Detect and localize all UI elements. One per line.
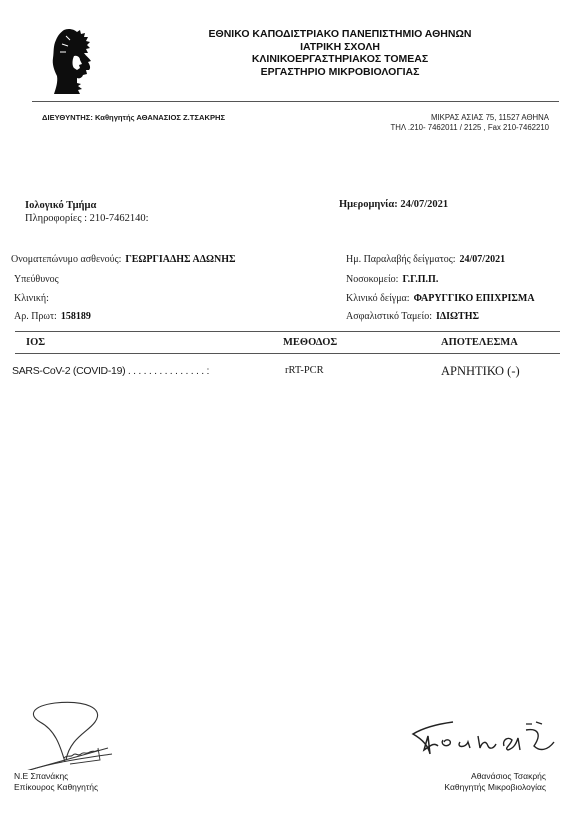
result-method: rRT-PCR	[285, 365, 324, 376]
insurance-fund-value: ΙΔΙΩΤΗΣ	[436, 311, 479, 322]
athena-head-emblem-icon	[44, 26, 106, 96]
signatory-left-name: Ν.Ε Σπανάκης	[14, 771, 98, 782]
hospital-value: Γ.Γ.Π.Π.	[402, 274, 438, 285]
report-date: Ημερομηνία: 24/07/2021	[339, 199, 448, 210]
signatory-right: Αθανάσιος Τσακρής Καθηγητής Μικροβιολογί…	[444, 771, 546, 793]
department-name: Ιολογικό Τμήμα	[25, 199, 149, 212]
specimen-value: ΦΑΡΥΓΓΙΚΟ ΕΠΙΧΡΙΣΜΑ	[414, 293, 535, 304]
sample-received-value: 24/07/2021	[460, 254, 506, 265]
column-header-virus: ΙΟΣ	[26, 337, 45, 348]
responsible-field: Υπεύθυνος	[14, 274, 59, 285]
protocol-field: Αρ. Πρωτ:158189	[14, 311, 91, 322]
signature-left-icon	[10, 700, 120, 770]
department-info: Πληροφορίες : 210-7462140:	[25, 212, 149, 225]
signatory-right-name: Αθανάσιος Τσακρής	[444, 771, 546, 782]
hospital-label: Νοσοκομείο:	[346, 274, 398, 285]
signatory-left: Ν.Ε Σπανάκης Επίκουρος Καθηγητής	[14, 771, 98, 793]
signatory-left-title: Επίκουρος Καθηγητής	[14, 782, 98, 793]
patient-name-label: Ονοματεπώνυμο ασθενούς:	[11, 254, 121, 265]
insurance-fund-label: Ασφαλιστικό Ταμείο:	[346, 311, 432, 322]
column-header-result: ΑΠΟΤΕΛΕΣΜΑ	[441, 337, 518, 348]
specimen-label: Κλινικό δείγμα:	[346, 293, 410, 304]
report-date-value: 24/07/2021	[400, 199, 448, 210]
column-header-method: ΜΕΘΟΔΟΣ	[283, 337, 337, 348]
responsible-label: Υπεύθυνος	[14, 274, 59, 285]
signatory-right-title: Καθηγητής Μικροβιολογίας	[444, 782, 546, 793]
insurance-fund-field: Ασφαλιστικό Ταμείο:ΙΔΙΩΤΗΣ	[346, 311, 479, 322]
report-date-label: Ημερομηνία:	[339, 199, 398, 210]
clinic-label: Κλινική:	[14, 293, 49, 304]
header-divider	[32, 101, 559, 102]
protocol-value: 158189	[61, 311, 91, 322]
department-block: Ιολογικό Τμήμα Πληροφορίες : 210-7462140…	[25, 199, 149, 225]
protocol-label: Αρ. Πρωτ:	[14, 311, 57, 322]
result-virus: SARS-CoV-2 (COVID-19) . . . . . . . . . …	[12, 365, 209, 377]
results-table-header-rule	[15, 353, 560, 354]
clinic-field: Κλινική:	[14, 293, 49, 304]
hospital-field: Νοσοκομείο:Γ.Γ.Π.Π.	[346, 274, 438, 285]
sample-received-label: Ημ. Παραλαβής δείγματος:	[346, 254, 456, 265]
institution-line-sector: ΚΛΙΝΙΚΟΕΡΓΑΣΤΗΡΙΑΚΟΣ ΤΟΜΕΑΣ	[180, 53, 500, 66]
patient-name-field: Ονοματεπώνυμο ασθενούς:ΓΕΩΡΓΙΑΔΗΣ ΑΔΩΝΗΣ	[11, 254, 236, 265]
lab-address: ΜΙΚΡΑΣ ΑΣΙΑΣ 75, 11527 ΑΘΗΝΑ ΤΗΛ .210- 7…	[390, 113, 549, 133]
contact-line: ΤΗΛ .210- 7462011 / 2125 , Fax 210-74622…	[390, 123, 549, 133]
institution-line-university: ΕΘΝΙΚΟ ΚΑΠΟΔΙΣΤΡΙΑΚΟ ΠΑΝΕΠΙΣΤΗΜΙΟ ΑΘΗΝΩΝ	[180, 28, 500, 41]
result-value: ΑΡΝΗΤΙΚΟ (-)	[441, 364, 520, 379]
signature-right-icon	[408, 716, 568, 766]
institution-header: ΕΘΝΙΚΟ ΚΑΠΟΔΙΣΤΡΙΑΚΟ ΠΑΝΕΠΙΣΤΗΜΙΟ ΑΘΗΝΩΝ…	[180, 28, 500, 78]
director-line: ΔΙΕΥΘΥΝΤΗΣ: Καθηγητής ΑΘΑΝΑΣΙΟΣ Ζ.ΤΣΑΚΡΗ…	[42, 113, 225, 122]
sample-received-field: Ημ. Παραλαβής δείγματος:24/07/2021	[346, 254, 505, 265]
institution-line-lab: ΕΡΓΑΣΤΗΡΙΟ ΜΙΚΡΟΒΙΟΛΟΓΙΑΣ	[180, 66, 500, 79]
institution-line-school: ΙΑΤΡΙΚΗ ΣΧΟΛΗ	[180, 41, 500, 54]
address-line: ΜΙΚΡΑΣ ΑΣΙΑΣ 75, 11527 ΑΘΗΝΑ	[390, 113, 549, 123]
patient-name-value: ΓΕΩΡΓΙΑΔΗΣ ΑΔΩΝΗΣ	[125, 254, 235, 265]
specimen-field: Κλινικό δείγμα:ΦΑΡΥΓΓΙΚΟ ΕΠΙΧΡΙΣΜΑ	[346, 293, 535, 304]
results-table-top-rule	[15, 331, 560, 332]
